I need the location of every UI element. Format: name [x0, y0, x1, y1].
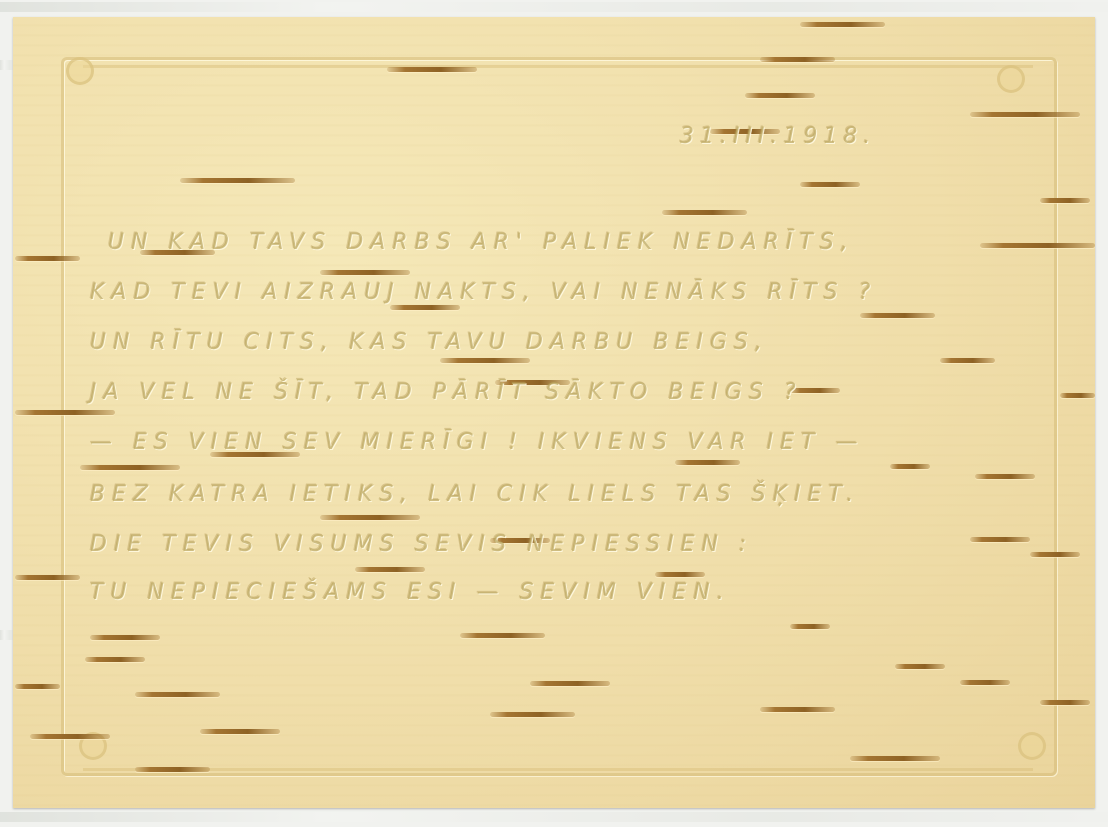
frame-corner-ornament-top-left: [66, 57, 94, 85]
inscription-date: 31.III.1918.: [680, 124, 1108, 149]
lenticel-mark: [15, 410, 115, 415]
lenticel-mark: [390, 305, 460, 310]
lenticel-mark: [320, 515, 420, 520]
frame-corner-ornament-top-right: [997, 65, 1025, 93]
lenticel-mark: [970, 537, 1030, 542]
lenticel-mark: [135, 692, 220, 697]
lenticel-mark: [745, 93, 815, 98]
lenticel-mark: [320, 270, 410, 275]
background-streak: [0, 60, 14, 70]
lenticel-mark: [960, 680, 1010, 685]
inscription-line: JA VEL NE ŠĪT, TAD PĀRĪT SĀKTO BEIGS ?: [90, 380, 803, 405]
lenticel-mark: [890, 464, 930, 469]
lenticel-mark: [80, 465, 180, 470]
lenticel-mark: [200, 729, 280, 734]
inscription-line: UN KAD TAVS DARBS AR' PALIEK NEDARĪTS,: [108, 230, 855, 255]
lenticel-mark: [1060, 393, 1095, 398]
lenticel-mark: [15, 256, 80, 261]
lenticel-mark: [940, 358, 995, 363]
lenticel-mark: [440, 358, 530, 363]
lenticel-mark: [85, 657, 145, 662]
lenticel-mark: [30, 734, 110, 739]
background-streak: [0, 812, 1108, 822]
lenticel-mark: [15, 575, 80, 580]
lenticel-mark: [135, 767, 210, 772]
lenticel-mark: [850, 756, 940, 761]
lenticel-mark: [895, 664, 945, 669]
lenticel-mark: [790, 624, 830, 629]
lenticel-mark: [675, 460, 740, 465]
lenticel-mark: [860, 313, 935, 318]
background-streak: [0, 2, 1108, 12]
inscription-line: — ES VIEN SEV MIERĪGI ! IKVIENS VAR IET …: [90, 430, 865, 455]
lenticel-mark: [655, 572, 705, 577]
lenticel-mark: [90, 635, 160, 640]
inscription-line: BEZ KATRA IETIKS, LAI CIK LIELS TAS ŠĶIE…: [90, 482, 860, 507]
lenticel-mark: [662, 210, 747, 215]
lenticel-mark: [460, 633, 545, 638]
lenticel-mark: [1040, 700, 1090, 705]
lenticel-mark: [490, 712, 575, 717]
inscription-line: DIE TEVIS VISUMS SEVIS NEPIESSIEN :: [90, 532, 753, 557]
background-streak: [0, 630, 14, 640]
inscription-line: KAD TEVI AIZRAUJ NAKTS, VAI NENĀKS RĪTS …: [90, 280, 877, 305]
frame-corner-ornament-bottom-right: [1018, 732, 1046, 760]
lenticel-mark: [800, 182, 860, 187]
lenticel-mark: [387, 67, 477, 72]
inscription-line: UN RĪTU CITS, KAS TAVU DARBU BEIGS,: [90, 330, 769, 355]
inscription-line: TU NEPIECIEŠAMS ESI — SEVIM VIEN.: [90, 580, 731, 605]
lenticel-mark: [15, 684, 60, 689]
lenticel-mark: [980, 243, 1095, 248]
lenticel-mark: [970, 112, 1080, 117]
lenticel-mark: [355, 567, 425, 572]
lenticel-mark: [1040, 198, 1090, 203]
lenticel-mark: [760, 707, 835, 712]
lenticel-mark: [530, 681, 610, 686]
lenticel-mark: [800, 22, 885, 27]
lenticel-mark: [1030, 552, 1080, 557]
lenticel-mark: [180, 178, 295, 183]
lenticel-mark: [760, 57, 835, 62]
lenticel-mark: [975, 474, 1035, 479]
